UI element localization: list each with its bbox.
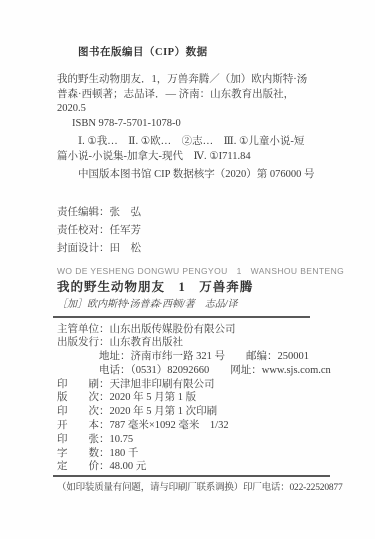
cip-entry-line: 我的野生动物朋友．1，万兽奔腾／（加）欧内斯特·汤: [57, 73, 331, 88]
edition-line: 版 次：2020 年 5 月第 1 版: [57, 391, 331, 405]
cip-bibliographic-entry: 我的野生动物朋友．1，万兽奔腾／（加）欧内斯特·汤 普森·西顿著；志品译．— 济…: [57, 73, 331, 117]
cip-entry-line: 普森·西顿著；志品译．— 济南：山东教育出版社，: [57, 88, 331, 103]
divider-bottom: [53, 475, 330, 477]
publication-info-block: 主管单位：山东出版传媒股份有限公司 出版发行：山东教育出版社 地址：济南市纬一路…: [57, 323, 331, 475]
staff-credits-block: 责任编辑：张 弘 责任校对：任军芳 封面设计：田 松: [57, 204, 331, 258]
cip-classification: Ⅰ. ①我… Ⅱ. ①欧… ②志… Ⅲ. ①儿童小说-短 篇小说-小说集-加拿大…: [57, 134, 331, 164]
author-translator-line: ［加］欧内斯特·汤普森·西顿/著 志品/译: [57, 298, 331, 311]
copyright-page: 图书在版编目（CIP）数据 我的野生动物朋友．1，万兽奔腾／（加）欧内斯特·汤 …: [0, 0, 375, 539]
cip-heading: 图书在版编目（CIP）数据: [57, 46, 331, 60]
book-title-block: WO DE YESHENG DONGWU PENGYOU 1 WANSHOU B…: [57, 266, 331, 311]
print-quality-note: （如印装质量有问题，请与印刷厂联系调换）印厂电话：022-22520877: [57, 482, 331, 494]
title-pinyin: WO DE YESHENG DONGWU PENGYOU 1 WANSHOU B…: [57, 266, 331, 277]
phone-website-line: 电话：（0531）82092660 网址：www.sjs.com.cn: [57, 364, 331, 378]
responsible-proofreader: 责任校对：任军芳: [57, 222, 331, 240]
publisher-line: 出版发行：山东教育出版社: [57, 336, 331, 350]
sheets-line: 印 张：10.75: [57, 433, 331, 447]
cip-record-number: 中国版本图书馆 CIP 数据核字（2020）第 076000 号: [57, 168, 331, 183]
divider-top: [53, 316, 310, 318]
printer-line: 印 刷：天津旭非印刷有限公司: [57, 378, 331, 392]
cover-designer: 封面设计：田 松: [57, 240, 331, 258]
supervisor-line: 主管单位：山东出版传媒股份有限公司: [57, 323, 331, 337]
responsible-editor: 责任编辑：张 弘: [57, 204, 331, 222]
format-line: 开 本：787 毫米×1092 毫米 1/32: [57, 419, 331, 433]
cip-data-block: 图书在版编目（CIP）数据 我的野生动物朋友．1，万兽奔腾／（加）欧内斯特·汤 …: [57, 46, 331, 183]
cip-classification-line: 篇小说-小说集-加拿大-现代 Ⅳ. ①I711.84: [57, 149, 331, 164]
word-count-line: 字 数：180 千: [57, 447, 331, 461]
price-line: 定 价：48.00 元: [57, 460, 331, 474]
cip-entry-line: 2020.5: [57, 102, 331, 117]
address-line: 地址：济南市纬一路 321 号 邮编：250001: [57, 350, 331, 364]
cip-classification-line: Ⅰ. ①我… Ⅱ. ①欧… ②志… Ⅲ. ①儿童小说-短: [57, 134, 331, 149]
isbn-line: ISBN 978-7-5701-1078-0: [57, 117, 331, 132]
book-title: 我的野生动物朋友 1 万兽奔腾: [57, 280, 331, 294]
impression-line: 印 次：2020 年 5 月第 1 次印刷: [57, 405, 331, 419]
